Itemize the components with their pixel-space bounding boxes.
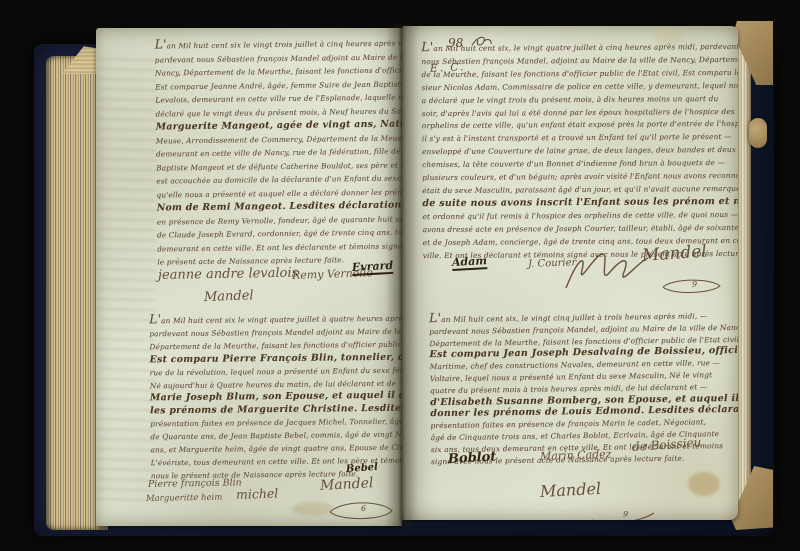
signature-witness: Adam: [452, 254, 488, 271]
ink-bleedthrough: [98, 58, 156, 508]
paraph-digit: 9: [623, 510, 628, 519]
signature-witness: Marin Cadez: [540, 448, 612, 463]
signature-officer: Mandel: [641, 241, 707, 265]
left-page: L'an Mil huit cent six le vingt trois ju…: [96, 28, 402, 526]
signature-officer: Mandel: [204, 288, 254, 305]
signature-witness: michel: [236, 486, 279, 502]
paraph-flourish-icon: 6: [326, 502, 396, 522]
book-clasp: [749, 118, 767, 148]
paraph-flourish-icon: 9: [588, 508, 658, 520]
paraph-digit: 6: [361, 504, 366, 513]
signature-officer: Mandel: [540, 479, 602, 501]
page-edges-right: [736, 32, 751, 516]
birth-act-mangeot: L'an Mil huit cent six le vingt trois ju…: [155, 35, 402, 269]
signature-father: Pierre françois Blin: [148, 477, 242, 490]
signature-witness: Evrard: [352, 259, 394, 276]
signature-witness: Boblot: [448, 449, 497, 467]
paper-stain: [688, 472, 720, 496]
register-photograph: L'an Mil huit cent six le vingt trois ju…: [0, 0, 800, 551]
paraph-digit: 9: [692, 280, 697, 289]
signature-declarant: jeanne andre levalois: [158, 266, 299, 283]
signature-witness: Bebel: [346, 462, 379, 475]
birth-act-victor-david: L'an Mil huit cent six, le vingt quatre …: [421, 39, 738, 263]
birth-act-blin: L'an Mil huit cent six le vingt quatre j…: [149, 311, 401, 483]
paraph-flourish-icon: 9: [660, 278, 724, 296]
signature-witness: Margueritte heim: [146, 493, 223, 504]
right-page: 98 E. C. L'an Mil huit cent six, le ving…: [402, 26, 738, 520]
signature-flourish-icon: [560, 248, 652, 292]
signature-officer: Mandel: [320, 475, 374, 494]
